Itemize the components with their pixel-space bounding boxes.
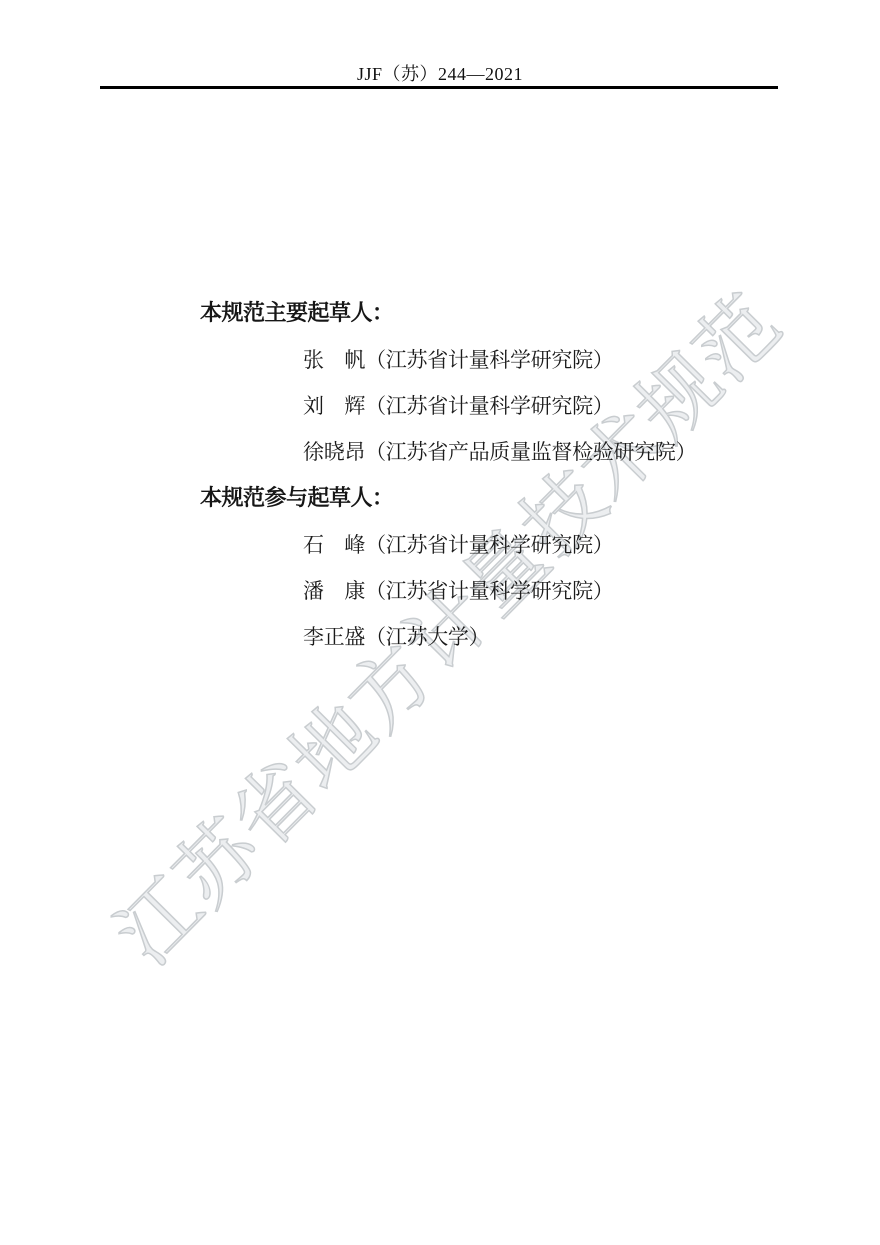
page-content: 本规范主要起草人： 张 帆（江苏省计量科学研究院） 刘 辉（江苏省计量科学研究院… bbox=[200, 300, 790, 670]
section-heading-participating-drafters: 本规范参与起草人： bbox=[200, 485, 790, 511]
document-page: 江苏省地方计量技术规范 JJF（苏）244—2021 本规范主要起草人： 张 帆… bbox=[0, 0, 880, 1245]
header-document-code: JJF（苏）244—2021 bbox=[0, 60, 880, 86]
drafter-line: 李正盛（江苏大学） bbox=[303, 624, 790, 651]
drafter-line: 刘 辉（江苏省计量科学研究院） bbox=[303, 393, 790, 420]
section-main-drafters: 本规范主要起草人： 张 帆（江苏省计量科学研究院） 刘 辉（江苏省计量科学研究院… bbox=[200, 300, 790, 466]
section-participating-drafters: 本规范参与起草人： 石 峰（江苏省计量科学研究院） 潘 康（江苏省计量科学研究院… bbox=[200, 485, 790, 651]
section-heading-main-drafters: 本规范主要起草人： bbox=[200, 300, 790, 326]
drafter-line: 石 峰（江苏省计量科学研究院） bbox=[303, 532, 790, 559]
drafter-line: 张 帆（江苏省计量科学研究院） bbox=[303, 347, 790, 374]
drafter-line: 潘 康（江苏省计量科学研究院） bbox=[303, 578, 790, 605]
header-rule bbox=[100, 86, 778, 89]
drafter-line: 徐晓昂（江苏省产品质量监督检验研究院） bbox=[303, 439, 790, 466]
